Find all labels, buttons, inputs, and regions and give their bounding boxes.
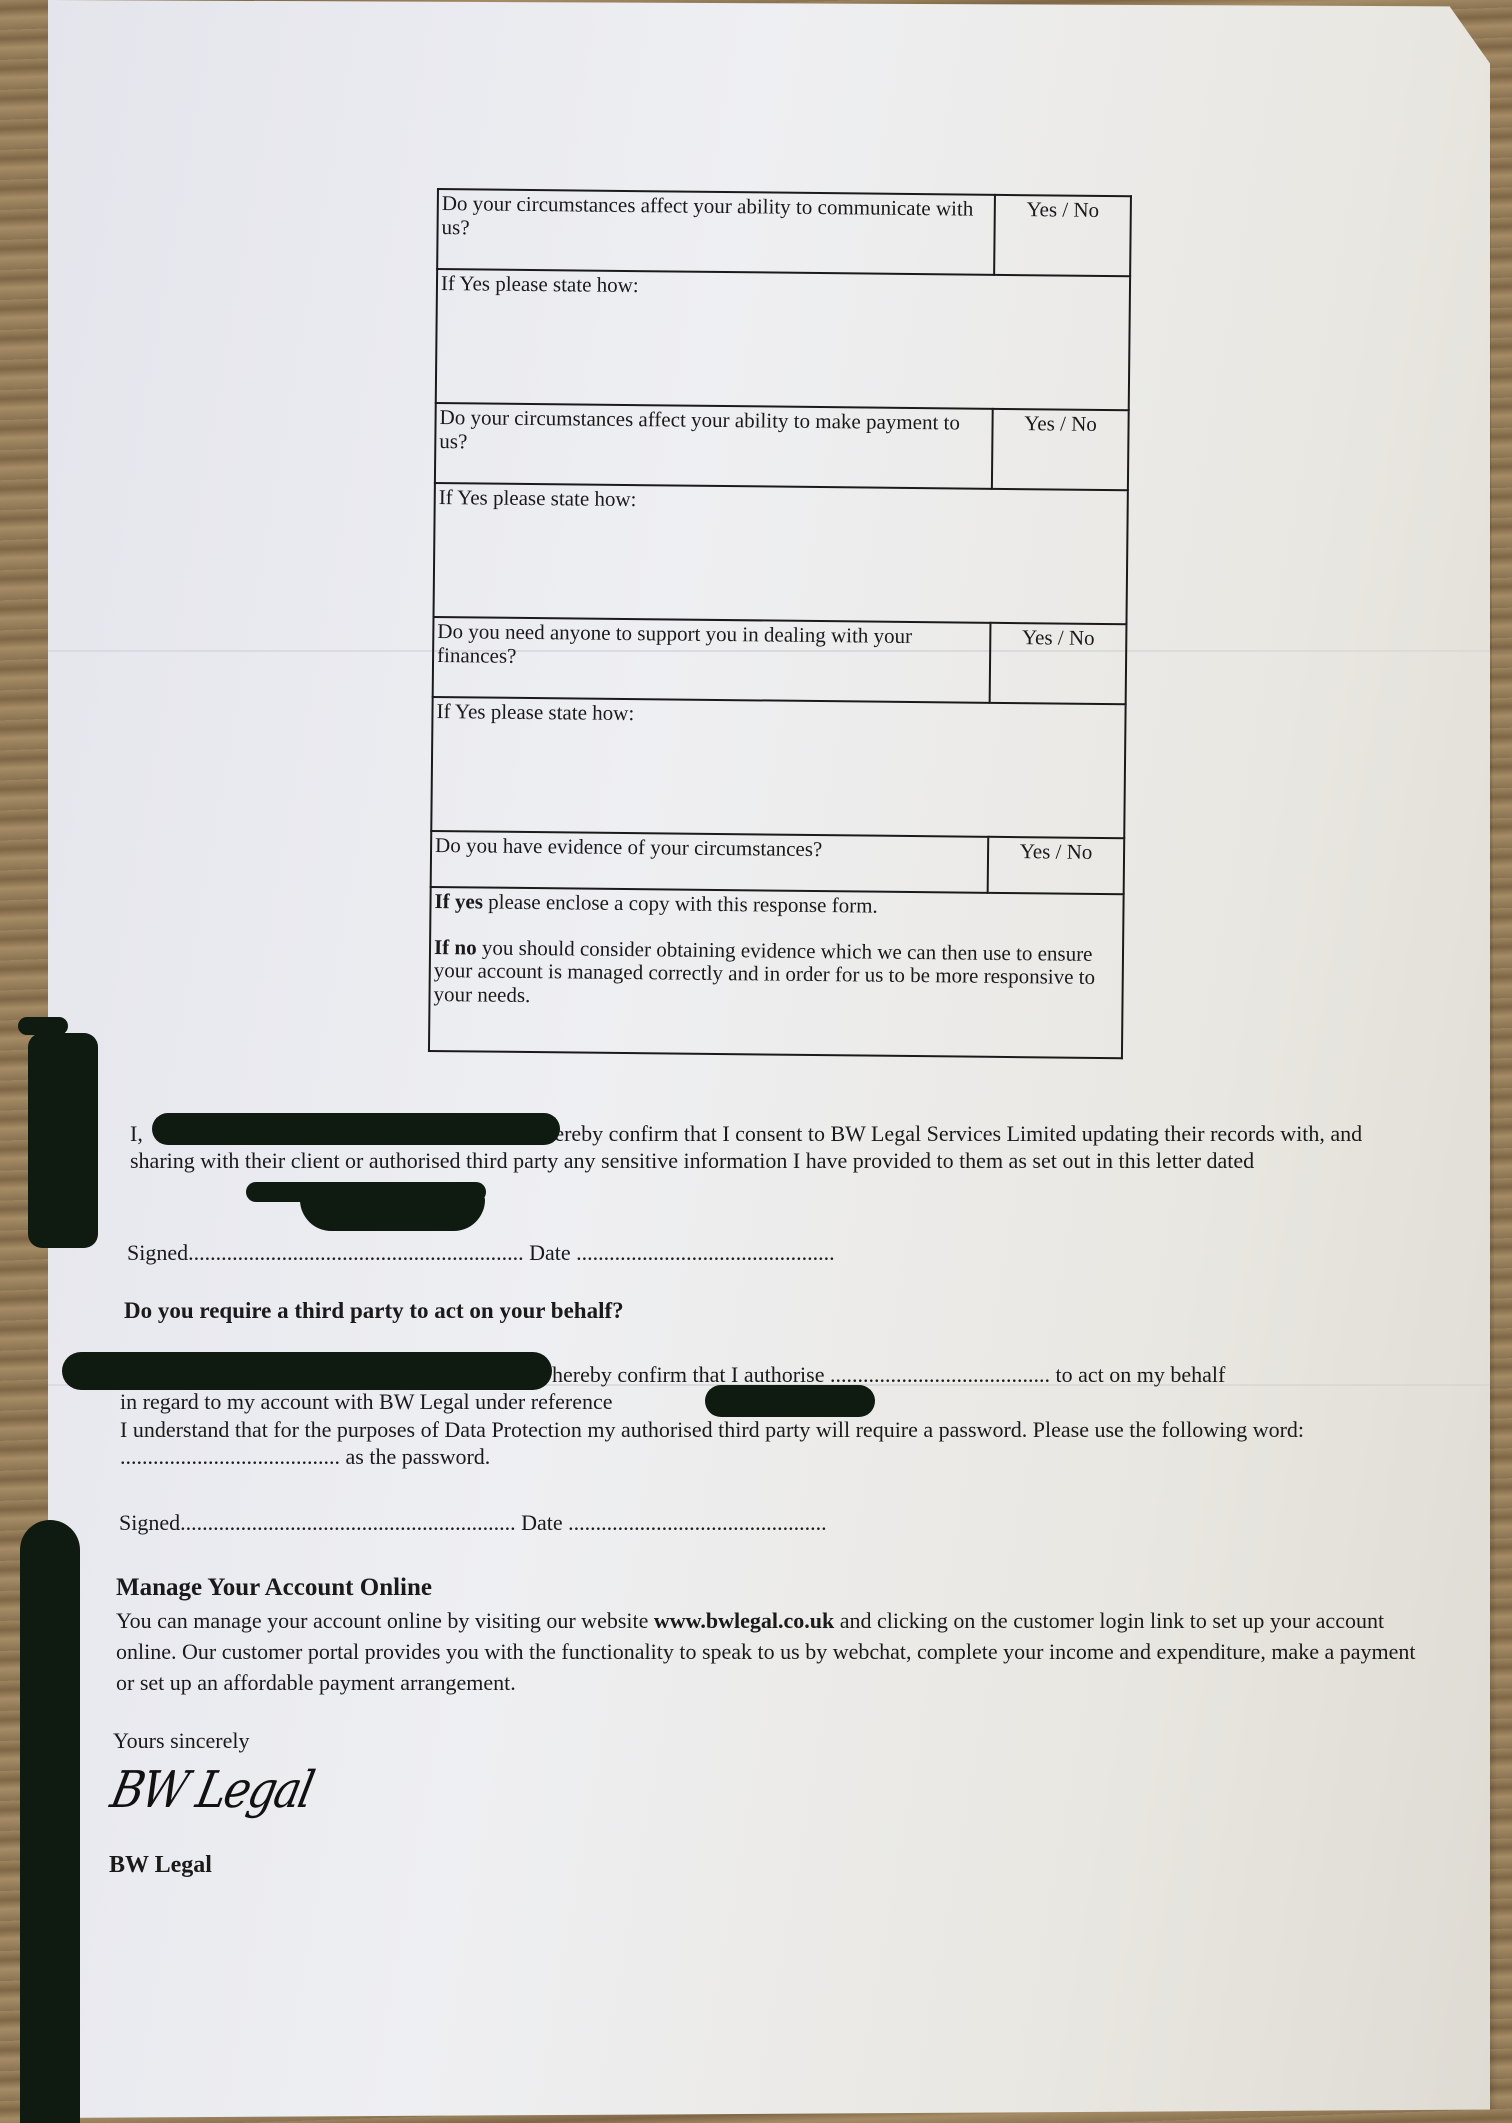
table-row: Do you have evidence of your circumstanc… <box>431 831 1125 894</box>
closing-salutation: Yours sincerely <box>113 1728 249 1754</box>
redaction-mark <box>300 1195 485 1231</box>
consent-prefix: I, <box>130 1121 143 1146</box>
redaction-mark <box>152 1113 560 1145</box>
yes-no-cell[interactable]: Yes / No <box>992 409 1129 490</box>
followup-answer-box[interactable]: If Yes please state how: <box>431 697 1125 838</box>
consent-signature-date-line[interactable]: Signed..................................… <box>127 1240 835 1266</box>
question-cell: Do you need anyone to support you in dea… <box>433 617 991 703</box>
redaction-mark <box>705 1385 875 1417</box>
handwritten-signature: BW Legal <box>106 1761 318 1820</box>
manage-text-before: You can manage your account online by vi… <box>116 1608 654 1633</box>
followup-answer-box[interactable]: If Yes please state how: <box>436 269 1130 410</box>
question-cell: Do your circumstances affect your abilit… <box>437 189 995 275</box>
table-row: If yes please enclose a copy with this r… <box>429 887 1124 1058</box>
yes-no-cell[interactable]: Yes / No <box>994 195 1131 276</box>
table-row: Do you need anyone to support you in dea… <box>433 617 1127 704</box>
table-row: If Yes please state how: <box>436 269 1130 410</box>
evidence-instructions-cell: If yes please enclose a copy with this r… <box>429 887 1124 1058</box>
evidence-yes-label: If yes <box>434 889 483 914</box>
redaction-mark <box>62 1352 552 1390</box>
redaction-mark <box>18 1017 68 1035</box>
table-row: Do your circumstances affect your abilit… <box>435 403 1129 490</box>
yes-no-cell[interactable]: Yes / No <box>990 623 1127 704</box>
question-cell: Do your circumstances affect your abilit… <box>435 403 993 489</box>
website-link[interactable]: www.bwlegal.co.uk <box>654 1608 834 1633</box>
redaction-mark <box>20 1520 80 2123</box>
third-party-password-text[interactable]: I understand that for the purposes of Da… <box>120 1416 1440 1471</box>
evidence-no-label: If no <box>434 935 477 959</box>
signer-name: BW Legal <box>109 1852 212 1879</box>
manage-account-heading: Manage Your Account Online <box>116 1574 432 1602</box>
third-party-heading: Do you require a third party to act on y… <box>124 1298 624 1324</box>
table-row: If Yes please state how: <box>431 697 1125 838</box>
evidence-no-text: you should consider obtaining evidence w… <box>433 935 1095 1007</box>
table-row: If Yes please state how: <box>434 483 1128 624</box>
yes-no-cell[interactable]: Yes / No <box>988 837 1125 894</box>
table-row: Do your circumstances affect your abilit… <box>437 189 1131 276</box>
evidence-yes-text: please enclose a copy with this response… <box>483 890 878 918</box>
redaction-mark <box>28 1033 98 1248</box>
circumstances-form-table: Do your circumstances affect your abilit… <box>428 188 1132 1059</box>
question-cell: Do you have evidence of your circumstanc… <box>431 831 989 893</box>
manage-account-paragraph: You can manage your account online by vi… <box>116 1605 1436 1699</box>
third-party-signature-date-line[interactable]: Signed..................................… <box>119 1510 827 1536</box>
followup-answer-box[interactable]: If Yes please state how: <box>434 483 1128 624</box>
